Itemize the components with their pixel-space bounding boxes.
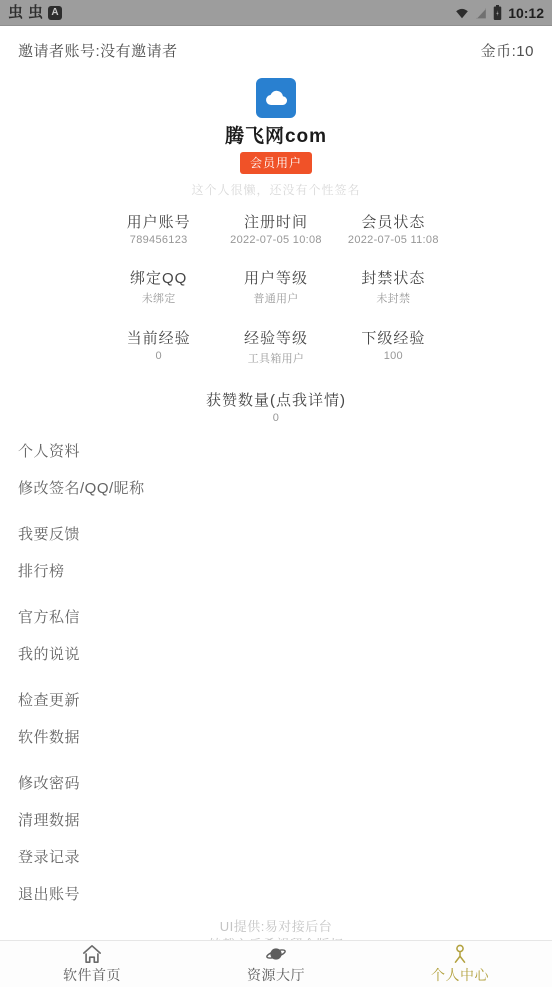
inviter-account-label: 邀请者账号:没有邀请者 [18,40,178,61]
clock-time: 10:12 [508,5,544,21]
nav-label-home: 软件首页 [63,965,121,985]
stat-value: 工具箱用户 [217,350,334,366]
wifi-icon [455,7,469,19]
menu-group: 检查更新 软件数据 [18,681,534,755]
member-badge: 会员用户 [240,152,312,174]
stat-label: 用户等级 [217,267,334,288]
stat-value: 普通用户 [217,290,334,306]
stat-value: 2022-07-05 11:08 [335,234,452,246]
stat-ban-status: 封禁状态 未封禁 [335,267,452,306]
menu-item-logout[interactable]: 退出账号 [18,875,534,912]
menu-item-ranking[interactable]: 排行榜 [18,552,534,589]
stat-user-account: 用户账号 789456123 [100,211,217,246]
notification-area: 虫 虫 A [8,5,62,20]
stat-label: 注册时间 [217,211,334,232]
notification-bug-icon-2: 虫 [28,5,43,20]
likes-value: 0 [0,412,552,424]
cellular-signal-icon [475,7,487,19]
status-bar: 虫 虫 A 10:12 [0,0,552,26]
footer-line-1: UI提供:易对接后台 [0,918,552,936]
stat-exp-level: 经验等级 工具箱用户 [217,327,334,366]
status-indicators: 10:12 [455,5,544,21]
stat-label: 用户账号 [100,211,217,232]
menu-item-login-records[interactable]: 登录记录 [18,838,534,875]
cloud-icon [264,89,288,107]
stat-label: 下级经验 [335,327,452,348]
home-icon [81,944,103,964]
planet-icon [265,944,287,964]
page-header: 邀请者账号:没有邀请者 金币:10 [0,26,552,60]
coins-label: 金币:10 [481,40,534,61]
bottom-nav: 软件首页 资源大厅 个人中心 [0,940,552,987]
stat-register-time: 注册时间 2022-07-05 10:08 [217,211,334,246]
user-nickname: 腾飞网com [0,121,552,148]
menu-list: 个人资料 修改签名/QQ/昵称 我要反馈 排行榜 官方私信 我的说说 检查更新 … [0,432,552,912]
menu-item-feedback[interactable]: 我要反馈 [18,515,534,552]
input-method-a-icon: A [48,6,62,20]
person-icon [449,944,471,964]
menu-item-app-data[interactable]: 软件数据 [18,718,534,755]
menu-group: 我要反馈 排行榜 [18,515,534,589]
menu-group: 修改密码 清理数据 登录记录 退出账号 [18,764,534,912]
menu-item-official-message[interactable]: 官方私信 [18,598,534,635]
nav-item-resources[interactable]: 资源大厅 [184,941,368,987]
menu-item-profile[interactable]: 个人资料 [18,432,534,469]
stat-value: 100 [335,350,452,362]
stat-bind-qq: 绑定QQ 未绑定 [100,267,217,306]
stat-label: 当前经验 [100,327,217,348]
stat-label: 会员状态 [335,211,452,232]
menu-item-my-posts[interactable]: 我的说说 [18,635,534,672]
stats-grid: 用户账号 789456123 注册时间 2022-07-05 10:08 会员状… [100,211,452,387]
stat-label: 经验等级 [217,327,334,348]
avatar[interactable] [256,78,296,118]
menu-item-edit-signature[interactable]: 修改签名/QQ/昵称 [18,469,534,506]
nav-item-home[interactable]: 软件首页 [0,941,184,987]
nav-label-personal-center: 个人中心 [431,965,489,985]
menu-group: 官方私信 我的说说 [18,598,534,672]
stat-value: 未绑定 [100,290,217,306]
stat-value: 未封禁 [335,290,452,306]
stat-label: 绑定QQ [100,267,217,288]
nav-label-resources: 资源大厅 [247,965,305,985]
stat-value: 789456123 [100,234,217,246]
menu-item-check-update[interactable]: 检查更新 [18,681,534,718]
stat-member-status: 会员状态 2022-07-05 11:08 [335,211,452,246]
stat-current-exp: 当前经验 0 [100,327,217,366]
menu-item-clear-data[interactable]: 清理数据 [18,801,534,838]
personal-signature: 这个人很懒，还没有个性签名 [0,181,552,198]
notification-bug-icon-1: 虫 [8,5,23,20]
menu-group: 个人资料 修改签名/QQ/昵称 [18,432,534,506]
stat-sub-exp: 下级经验 100 [335,327,452,366]
profile-section: 腾飞网com 会员用户 这个人很懒，还没有个性签名 [0,78,552,198]
stat-label: 封禁状态 [335,267,452,288]
likes-count[interactable]: 获赞数量(点我详情) 0 [0,389,552,424]
battery-icon [493,5,502,20]
nav-item-personal-center[interactable]: 个人中心 [368,941,552,987]
stat-value: 2022-07-05 10:08 [217,234,334,246]
stat-user-level: 用户等级 普通用户 [217,267,334,306]
stat-value: 0 [100,350,217,362]
menu-item-change-password[interactable]: 修改密码 [18,764,534,801]
likes-label: 获赞数量(点我详情) [0,389,552,410]
